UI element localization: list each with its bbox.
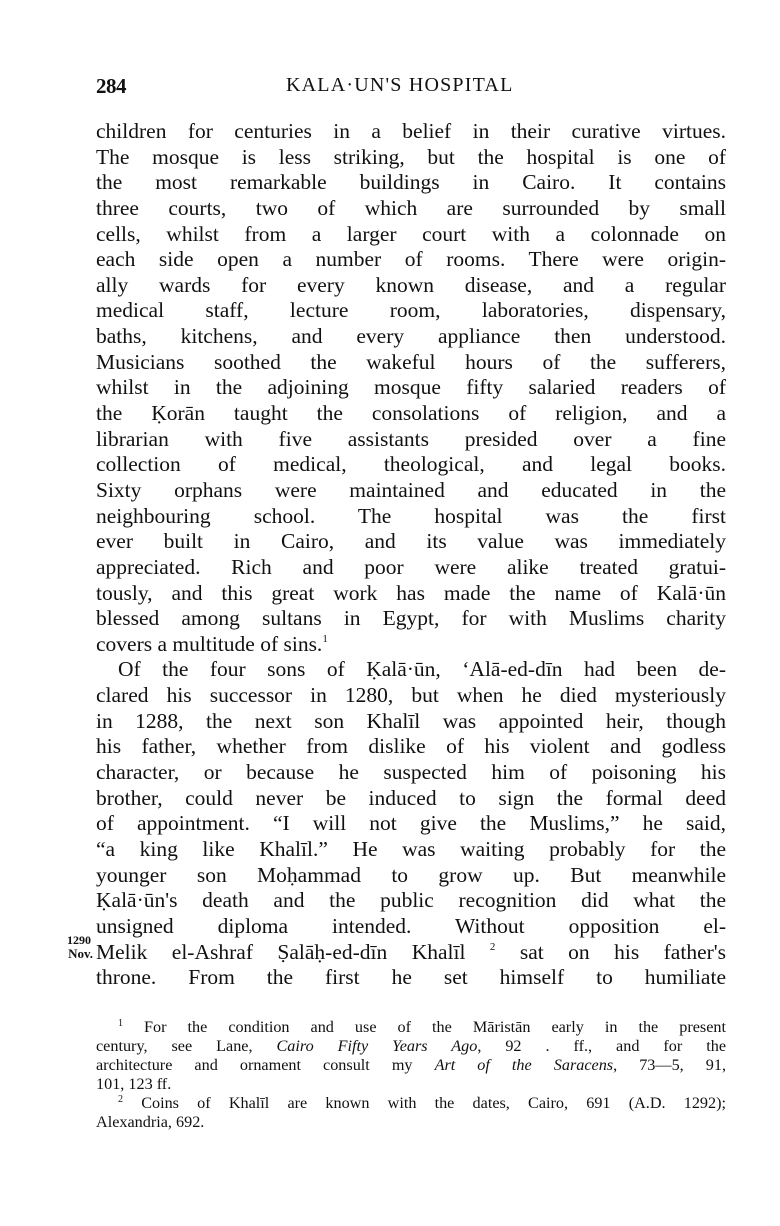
footnote-1-line: century, see Lane, Cairo Fifty Years Ago… [96, 1037, 726, 1056]
text-line: The mosque is less striking, but the hos… [96, 145, 726, 171]
text-line: his father, whether from dislike of his … [96, 734, 726, 760]
text-line: Musicians soothed the wakeful hours of t… [96, 350, 726, 376]
text-line: each side open a number of rooms. There … [96, 247, 726, 273]
cited-title: Art of the Saracens [435, 1056, 614, 1074]
text-line: the Ḳorān taught the consolations of rel… [96, 401, 726, 427]
text-line: collection of medical, theological, and … [96, 452, 726, 478]
text-line: “a king like Khalīl.” He was waiting pro… [96, 837, 726, 863]
footnotes: 1 For the condition and use of the Māris… [96, 1018, 726, 1132]
footnote-ref-1[interactable]: 1 [322, 633, 328, 645]
footnote-text: , 73—5, 91, [613, 1056, 726, 1074]
text-line: throne. From the first he set himself to… [96, 965, 726, 991]
footnote-text: century, see Lane, [96, 1037, 277, 1055]
text-line: unsigned diploma intended. Without oppos… [96, 914, 726, 940]
footnote-1-line: 1 For the condition and use of the Māris… [96, 1018, 726, 1037]
footnote-2-marker: 2 [118, 1094, 123, 1105]
text-line: children for centuries in a belief in th… [96, 119, 726, 145]
footnote-2-text: Coins of Khalīl are known with the dates… [141, 1094, 726, 1112]
margin-date-note: 1290 Nov. [49, 934, 93, 960]
page-number: 284 [96, 74, 126, 99]
text-line: ally wards for every known disease, and … [96, 273, 726, 299]
paragraph-start-line: Of the four sons of Ḳalā·ūn, ‘Alā-ed-dīn… [96, 657, 726, 683]
text-line: medical staff, lecture room, laboratorie… [96, 298, 726, 324]
text-segment: Melik el-Ashraf Ṣalāḥ-ed-dīn Khalīl [96, 940, 465, 964]
page-header: 284 KALA·UN'S HOSPITAL [96, 74, 726, 102]
body-text: children for centuries in a belief in th… [96, 119, 726, 991]
text-segment: sat on his father's [495, 940, 726, 964]
running-title: KALA·UN'S HOSPITAL [286, 74, 514, 97]
text-line: cells, whilst from a larger court with a… [96, 222, 726, 248]
book-page: 284 KALA·UN'S HOSPITAL children for cent… [0, 0, 780, 1226]
text-line: whilst in the adjoining mosque fifty sal… [96, 375, 726, 401]
text-line: of appointment. “I will not give the Mus… [96, 811, 726, 837]
text-line: tously, and this great work has made the… [96, 581, 726, 607]
text-line: character, or because he suspected him o… [96, 760, 726, 786]
cited-title: Cairo Fifty Years Ago [277, 1037, 478, 1055]
text-line: neighbouring school. The hospital was th… [96, 504, 726, 530]
text-line: librarian with five assistants presided … [96, 427, 726, 453]
footnote-1-marker: 1 [118, 1018, 123, 1029]
text-line: Sixty orphans were maintained and educat… [96, 478, 726, 504]
text-line: baths, kitchens, and every appliance the… [96, 324, 726, 350]
footnote-1-text: For the condition and use of the Māristā… [144, 1018, 726, 1036]
footnote-1-line: 101, 123 ff. [96, 1075, 726, 1094]
text-line: in 1288, the next son Khalīl was appoint… [96, 709, 726, 735]
text-line: three courts, two of which are surrounde… [96, 196, 726, 222]
footnote-1-line: architecture and ornament consult my Art… [96, 1056, 726, 1075]
text-line: ever built in Cairo, and its value was i… [96, 529, 726, 555]
text-line: appreciated. Rich and poor were alike tr… [96, 555, 726, 581]
footnote-2-line: 2 Coins of Khalīl are known with the dat… [96, 1094, 726, 1113]
margin-month: Nov. [49, 947, 93, 960]
paragraph-end-line: covers a multitude of sins.1 [96, 632, 726, 658]
text-line: covers a multitude of sins. [96, 632, 322, 656]
text-line-with-footnote: Melik el-Ashraf Ṣalāḥ-ed-dīn Khalīl 2 sa… [96, 940, 726, 966]
text-line: the most remarkable buildings in Cairo. … [96, 170, 726, 196]
text-line: brother, could never be induced to sign … [96, 786, 726, 812]
footnote-text: , 92 . ff., and for the [477, 1037, 726, 1055]
text-line: Ḳalā·ūn's death and the public recogniti… [96, 888, 726, 914]
footnote-text: architecture and ornament consult my [96, 1056, 435, 1074]
text-line: blessed among sultans in Egypt, for with… [96, 606, 726, 632]
footnote-2-line: Alexandria, 692. [96, 1113, 726, 1132]
text-line: clared his successor in 1280, but when h… [96, 683, 726, 709]
text-line: younger son Moḥammad to grow up. But mea… [96, 863, 726, 889]
